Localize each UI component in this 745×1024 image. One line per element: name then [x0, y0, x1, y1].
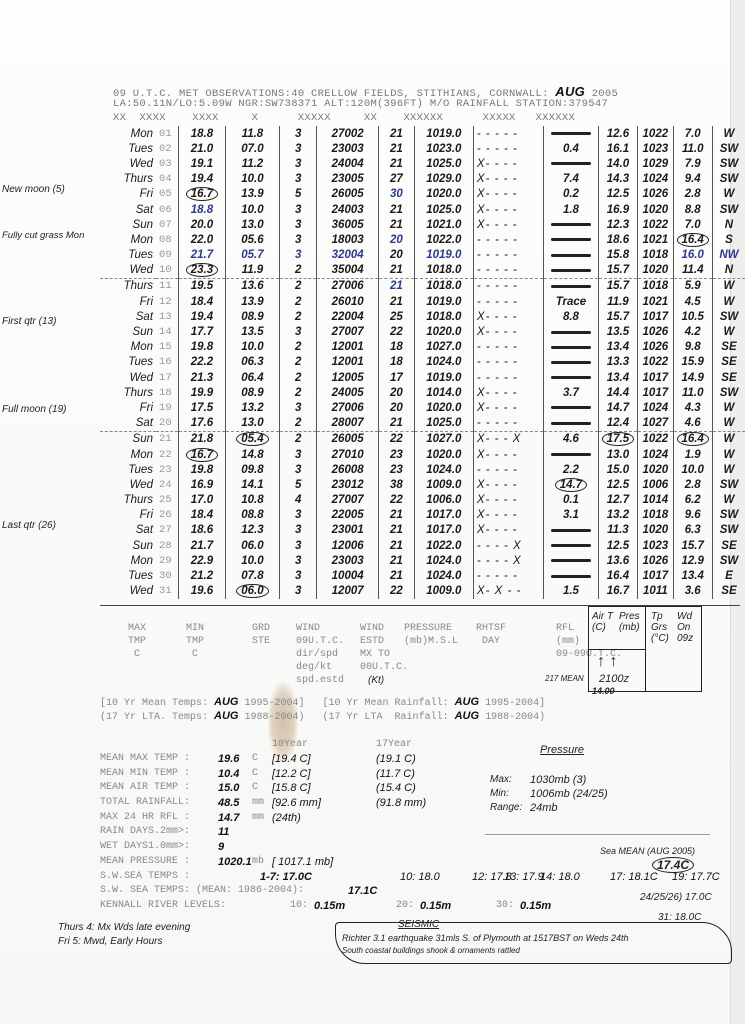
- cell-prs: 1020.0: [414, 400, 473, 415]
- table-row: Mon1519.810.0212001181027.0- - - - -13.4…: [100, 340, 745, 355]
- cell-gr: 3.6: [673, 584, 712, 599]
- cell-air: 16.7: [598, 584, 637, 599]
- cell-air: 12.6: [598, 126, 637, 141]
- seismic-title: SEISMIC: [398, 919, 439, 930]
- cell-pres: 1018: [638, 278, 673, 294]
- header-month: AUG: [555, 84, 585, 99]
- cell-max: 17.5: [179, 400, 226, 415]
- no-rain-bar: [551, 575, 591, 578]
- seismic-note: SEISMIC Richter 3.1 earthquake 31mls S. …: [335, 922, 732, 964]
- cell-est: 21: [379, 202, 415, 217]
- cell-gr: 5.9: [673, 278, 712, 294]
- cell-air: 15.0: [598, 462, 637, 477]
- summary-row: MAX 24 HR RFL :14.7mm(24th): [100, 811, 304, 826]
- legend-pressure: PRESSURE (mb)M.S.L: [404, 622, 458, 648]
- cell-rfl: [544, 447, 599, 462]
- table-row: Fri1917.513.2327006201020.0X- - - -14.71…: [100, 400, 745, 415]
- cell-grd: 3: [280, 553, 317, 568]
- cell-prs: 1023.0: [414, 141, 473, 156]
- sea-reading: 13: 17.9: [504, 870, 544, 885]
- cell-min: 13.6: [225, 278, 279, 294]
- cell-rfl: [544, 568, 599, 583]
- cell-est: 22: [379, 324, 415, 339]
- day-name: Tues: [100, 568, 156, 583]
- day-number: 18: [156, 385, 179, 400]
- cell-gr: 4.3: [673, 400, 712, 415]
- cell-max: 19.4: [179, 309, 226, 324]
- day-number: 27: [156, 523, 179, 538]
- cell-gr: 6.3: [673, 523, 712, 538]
- cell-max: 21.8: [179, 431, 226, 447]
- cell-gr: 15.7: [673, 538, 712, 553]
- day-name: Sat: [100, 309, 156, 324]
- cell-air: 18.6: [598, 232, 637, 247]
- cell-air: 16.4: [598, 568, 637, 583]
- cell-min: 13.9: [225, 187, 279, 202]
- day-number: 02: [156, 141, 179, 156]
- cell-rfl: [544, 340, 599, 355]
- cell-wind: 27007: [317, 493, 379, 508]
- day-name: Thurs: [100, 493, 156, 508]
- day-number: 20: [156, 416, 179, 432]
- cell-est: 21: [379, 126, 415, 141]
- cell-wd: SW: [712, 202, 745, 217]
- lta-temps-10yr: [10 Yr Mean Temps: AUG 1995-2004] [10 Yr…: [100, 696, 545, 709]
- cell-pres: 1020: [638, 202, 673, 217]
- cell-air: 16.9: [598, 202, 637, 217]
- cell-min: 10.8: [225, 493, 279, 508]
- day-number: 23: [156, 462, 179, 477]
- day-number: 05: [156, 187, 179, 202]
- cell-rfl: 0.2: [544, 187, 599, 202]
- day-name: Tues: [100, 141, 156, 156]
- cell-grd: 2: [280, 340, 317, 355]
- cell-min: 10.0: [225, 172, 279, 187]
- cell-min: 13.0: [225, 217, 279, 232]
- cell-air: 17.5: [598, 431, 637, 447]
- cell-min: 06.0: [225, 584, 279, 599]
- cell-gr: 9.4: [673, 172, 712, 187]
- cell-prs: 1022.0: [414, 232, 473, 247]
- day-name: Thurs: [100, 385, 156, 400]
- cell-rfl: 4.6: [544, 431, 599, 447]
- no-rain-bar: [551, 376, 591, 379]
- legend-grd: GRD STE: [252, 622, 270, 648]
- sea-mean-extra-1: 24/25/26) 17.0C: [640, 892, 712, 903]
- river-level: 0.15m: [420, 899, 451, 914]
- cell-est: 21: [379, 553, 415, 568]
- cell-air: 16.1: [598, 141, 637, 156]
- table-row: Sat2017.613.0228007211025.0- - - - -12.4…: [100, 416, 745, 432]
- cell-rh: X- - - -: [473, 477, 543, 492]
- cell-max: 19.1: [179, 156, 226, 171]
- day-number: 13: [156, 309, 179, 324]
- day-number: 17: [156, 370, 179, 385]
- cell-rfl: [544, 523, 599, 538]
- no-rain-bar: [551, 162, 591, 165]
- cell-pres: 1021: [638, 232, 673, 247]
- no-rain-bar: [551, 422, 591, 425]
- cell-min: 05.6: [225, 232, 279, 247]
- cell-min: 11.8: [225, 126, 279, 141]
- cell-est: 18: [379, 340, 415, 355]
- day-name: Sat: [100, 416, 156, 432]
- cell-wind: 27010: [317, 447, 379, 462]
- cell-wd: SW: [712, 172, 745, 187]
- cell-wind: 12007: [317, 584, 379, 599]
- cell-max: 18.8: [179, 126, 226, 141]
- day-number: 03: [156, 156, 179, 171]
- cell-wd: SW: [712, 553, 745, 568]
- cell-grd: 5: [280, 187, 317, 202]
- cell-grd: 2: [280, 431, 317, 447]
- cell-max: 18.4: [179, 508, 226, 523]
- day-name: Thurs: [100, 172, 156, 187]
- cell-wd: SW: [712, 309, 745, 324]
- summary-row: MEAN MIN TEMP :10.4C[12.2 C](11.7 C): [100, 767, 304, 782]
- cell-est: 21: [379, 278, 415, 294]
- cell-pres: 1014: [638, 493, 673, 508]
- day-number: 12: [156, 294, 179, 309]
- cell-pres: 1027: [638, 416, 673, 432]
- cell-rh: - - - - -: [473, 294, 543, 309]
- cell-pres: 1006: [638, 477, 673, 492]
- cell-grd: 3: [280, 462, 317, 477]
- legend-air-temp: Air T (C): [592, 611, 618, 633]
- cell-gr: 4.5: [673, 294, 712, 309]
- cell-pres: 1022: [638, 217, 673, 232]
- cell-min: 14.1: [225, 477, 279, 492]
- cell-wind: 12001: [317, 340, 379, 355]
- day-name: Wed: [100, 477, 156, 492]
- cell-max: 21.3: [179, 370, 226, 385]
- table-row: Wed0319.111.2324004211025.0X- - - -14.01…: [100, 156, 745, 171]
- cell-pres: 1021: [638, 294, 673, 309]
- cell-air: 13.4: [598, 370, 637, 385]
- cell-grd: 2: [280, 355, 317, 370]
- cell-rh: X- - - -: [473, 400, 543, 415]
- cell-prs: 1029.0: [414, 172, 473, 187]
- cell-prs: 1020.0: [414, 447, 473, 462]
- cell-prs: 1022.0: [414, 538, 473, 553]
- cell-max: 17.7: [179, 324, 226, 339]
- cell-min: 07.0: [225, 141, 279, 156]
- cell-min: 08.9: [225, 309, 279, 324]
- cell-rfl: [544, 324, 599, 339]
- cell-wd: W: [712, 400, 745, 415]
- cell-wind: 23005: [317, 172, 379, 187]
- cell-gr: 10.5: [673, 309, 712, 324]
- cell-est: 21: [379, 156, 415, 171]
- cell-grd: 3: [280, 584, 317, 599]
- monthly-summary: 10Year17Year MEAN MAX TEMP :19.6C[19.4 C…: [100, 752, 304, 914]
- cell-rh: X- - - -: [473, 447, 543, 462]
- cell-wd: SW: [712, 156, 745, 171]
- cell-wind: 26005: [317, 187, 379, 202]
- cell-est: 23: [379, 447, 415, 462]
- cell-air: 13.3: [598, 355, 637, 370]
- cell-wd: SE: [712, 538, 745, 553]
- cell-gr: 4.2: [673, 324, 712, 339]
- cell-grd: 4: [280, 493, 317, 508]
- cell-prs: 1024.0: [414, 553, 473, 568]
- cell-max: 16.7: [179, 447, 226, 462]
- cell-min: 12.3: [225, 523, 279, 538]
- table-row: Tues1622.206.3212001181024.0- - - - -13.…: [100, 355, 745, 370]
- note-line-2: Fri 5: Mwd, Early Hours: [58, 936, 162, 947]
- cell-rh: X- - - -: [473, 324, 543, 339]
- cell-est: 21: [379, 217, 415, 232]
- cell-rh: X- - - X: [473, 431, 543, 447]
- legend-wind-dir: Wd On 09z: [677, 611, 699, 644]
- cell-grd: 3: [280, 400, 317, 415]
- cell-min: 06.0: [225, 538, 279, 553]
- cell-pres: 1023: [638, 538, 673, 553]
- cell-grd: 3: [280, 141, 317, 156]
- cell-wd: W: [712, 126, 745, 141]
- cell-wind: 12006: [317, 538, 379, 553]
- cell-pres: 1011: [638, 584, 673, 599]
- legend-mean-value: 14.00: [592, 686, 615, 696]
- cell-rfl: 14.7: [544, 477, 599, 492]
- summary-row: RAIN DAYS.2mm>:11: [100, 825, 304, 840]
- legend-rhtsf: RHTSF DAY: [476, 622, 506, 648]
- cell-air: 13.5: [598, 324, 637, 339]
- cell-est: 20: [379, 232, 415, 247]
- day-name: Sun: [100, 431, 156, 447]
- day-name: Wed: [100, 156, 156, 171]
- day-name: Tues: [100, 355, 156, 370]
- cell-min: 10.0: [225, 340, 279, 355]
- cell-grd: 2: [280, 294, 317, 309]
- cell-min: 10.0: [225, 553, 279, 568]
- legend-wind: WIND 09U.T.C. dir/spd deg/kt spd.estd: [296, 622, 344, 687]
- cell-grd: 3: [280, 202, 317, 217]
- pressure-range: 24mb: [530, 802, 558, 814]
- day-name: Sat: [100, 523, 156, 538]
- cell-pres: 1024: [638, 172, 673, 187]
- cell-grd: 3: [280, 447, 317, 462]
- table-row: Thurs1819.908.9224005201014.0X- - - -3.7…: [100, 385, 745, 400]
- no-rain-bar: [551, 223, 591, 226]
- no-rain-bar: [551, 285, 591, 288]
- cell-wd: NW: [712, 248, 745, 263]
- summary-sea-mean: S.W. SEA TEMPS: (MEAN: 1986-2004):17.1C: [100, 884, 304, 899]
- cell-rh: X- - - -: [473, 156, 543, 171]
- cell-prs: 1025.0: [414, 416, 473, 432]
- cell-min: 13.9: [225, 294, 279, 309]
- table-row: Sun1417.713.5327007221020.0X- - - -13.51…: [100, 324, 745, 339]
- cell-wind: 27006: [317, 400, 379, 415]
- cell-wd: SW: [712, 477, 745, 492]
- no-rain-bar: [551, 559, 591, 562]
- summary-sea-temps: S.W.SEA TEMPS :1-7: 17.0C10: 18.012: 17.…: [100, 870, 304, 885]
- cell-min: 11.9: [225, 263, 279, 279]
- cell-prs: 1014.0: [414, 385, 473, 400]
- day-number: 25: [156, 493, 179, 508]
- day-name: Mon: [100, 553, 156, 568]
- table-row: Sat0618.810.0324003211025.0X- - - -1.816…: [100, 202, 745, 217]
- cell-max: 21.7: [179, 248, 226, 263]
- cell-wd: W: [712, 447, 745, 462]
- cell-grd: 2: [280, 370, 317, 385]
- cell-rh: - - - - -: [473, 340, 543, 355]
- day-name: Sun: [100, 217, 156, 232]
- cell-pres: 1022: [638, 355, 673, 370]
- cell-gr: 14.9: [673, 370, 712, 385]
- day-name: Fri: [100, 294, 156, 309]
- cell-rfl: 7.4: [544, 172, 599, 187]
- cell-pres: 1018: [638, 248, 673, 263]
- cell-gr: 8.8: [673, 202, 712, 217]
- river-level: 0.15m: [314, 899, 345, 914]
- cell-prs: 1019.0: [414, 370, 473, 385]
- summary-10yr-header: 10Year: [272, 738, 308, 753]
- table-row: Thurs1119.513.6227006211018.0- - - - -15…: [100, 278, 745, 294]
- summary-row: WET DAYS1.0mm>:9: [100, 840, 304, 855]
- cell-wd: SW: [712, 508, 745, 523]
- cell-est: 22: [379, 431, 415, 447]
- cell-grd: 2: [280, 309, 317, 324]
- day-number: 08: [156, 232, 179, 247]
- cell-wind: 23012: [317, 477, 379, 492]
- cell-wind: 27007: [317, 324, 379, 339]
- cell-air: 11.9: [598, 294, 637, 309]
- cell-grd: 2: [280, 385, 317, 400]
- day-name: Tues: [100, 462, 156, 477]
- cell-wind: 22004: [317, 309, 379, 324]
- table-row: Sun2121.805.4226005221027.0X- - - X4.617…: [100, 431, 745, 447]
- cell-prs: 1025.0: [414, 156, 473, 171]
- pressure-min: 1006mb (24/25): [530, 788, 608, 800]
- cell-est: 20: [379, 400, 415, 415]
- cell-wind: 22005: [317, 508, 379, 523]
- cell-rfl: [544, 278, 599, 294]
- cell-rfl: [544, 248, 599, 263]
- cell-rh: X- - - -: [473, 523, 543, 538]
- cell-wind: 27006: [317, 278, 379, 294]
- cell-grd: 2: [280, 263, 317, 279]
- observations-table: Mon0118.811.8327002211019.0- - - - -12.6…: [100, 126, 745, 599]
- day-name: Fri: [100, 508, 156, 523]
- cell-rfl: [544, 156, 599, 171]
- cell-max: 19.4: [179, 172, 226, 187]
- annotation-full-moon: Full moon (19): [2, 404, 66, 415]
- cell-air: 14.7: [598, 400, 637, 415]
- header-line-3: XX XXXX XXXX X XXXXX XX XXXXXX XXXXX XXX…: [113, 112, 575, 124]
- cell-prs: 1019.0: [414, 248, 473, 263]
- cell-max: 17.0: [179, 493, 226, 508]
- cell-rfl: [544, 400, 599, 415]
- cell-min: 13.2: [225, 400, 279, 415]
- cell-rh: - - - - -: [473, 370, 543, 385]
- cell-grd: 3: [280, 232, 317, 247]
- cell-rfl: [544, 553, 599, 568]
- cell-est: 30: [379, 187, 415, 202]
- day-name: Mon: [100, 340, 156, 355]
- cell-rfl: 3.7: [544, 385, 599, 400]
- cell-rh: - - - - X: [473, 553, 543, 568]
- cell-min: 10.0: [225, 202, 279, 217]
- cell-max: 19.8: [179, 462, 226, 477]
- cell-est: 20: [379, 385, 415, 400]
- legend-grass-temp: Tp Grs (°C): [651, 611, 675, 644]
- cell-gr: 2.8: [673, 477, 712, 492]
- cell-pres: 1022: [638, 431, 673, 447]
- pressure-title: Pressure: [540, 744, 584, 756]
- cell-max: 18.4: [179, 294, 226, 309]
- cell-prs: 1027.0: [414, 340, 473, 355]
- cell-rh: X- X - -: [473, 584, 543, 599]
- cell-air: 13.6: [598, 553, 637, 568]
- cell-rh: - - - - -: [473, 126, 543, 141]
- cell-prs: 1020.0: [414, 187, 473, 202]
- cell-pres: 1023: [638, 141, 673, 156]
- legend-min: MIN TMP C: [186, 622, 204, 661]
- cell-air: 14.3: [598, 172, 637, 187]
- cell-gr: 7.9: [673, 156, 712, 171]
- cell-rh: - - - - X: [473, 538, 543, 553]
- cell-rh: X- - - -: [473, 385, 543, 400]
- cell-gr: 16.4: [673, 431, 712, 447]
- cell-prs: 1009.0: [414, 477, 473, 492]
- cell-pres: 1022: [638, 126, 673, 141]
- cell-est: 21: [379, 538, 415, 553]
- cell-rh: X- - - -: [473, 493, 543, 508]
- cell-min: 13.0: [225, 416, 279, 432]
- cell-grd: 5: [280, 477, 317, 492]
- cell-max: 23.3: [179, 263, 226, 279]
- legend-time: 2100z: [599, 673, 629, 685]
- cell-max: 16.7: [179, 187, 226, 202]
- day-name: Wed: [100, 263, 156, 279]
- cell-est: 27: [379, 172, 415, 187]
- cell-wd: W: [712, 493, 745, 508]
- cell-min: 08.8: [225, 508, 279, 523]
- cell-min: 13.5: [225, 324, 279, 339]
- cell-air: 15.7: [598, 309, 637, 324]
- table-row: Fri1218.413.9226010211019.0- - - - -Trac…: [100, 294, 745, 309]
- cell-min: 14.8: [225, 447, 279, 462]
- cell-wd: W: [712, 431, 745, 447]
- cell-rfl: 0.4: [544, 141, 599, 156]
- cell-max: 22.9: [179, 553, 226, 568]
- cell-prs: 1024.0: [414, 355, 473, 370]
- cell-grd: 3: [280, 523, 317, 538]
- cell-rh: - - - - -: [473, 263, 543, 279]
- cell-wd: N: [712, 217, 745, 232]
- cell-air: 12.7: [598, 493, 637, 508]
- no-rain-bar: [551, 238, 591, 241]
- cell-wind: 23001: [317, 523, 379, 538]
- cell-wd: W: [712, 187, 745, 202]
- cell-grd: 3: [280, 156, 317, 171]
- cell-pres: 1017: [638, 309, 673, 324]
- legend-wind-est: WIND ESTD MX TO 00U.T.C.: [360, 622, 408, 674]
- cell-wd: SE: [712, 355, 745, 370]
- cell-gr: 13.4: [673, 568, 712, 583]
- table-row: Tues2319.809.8326008231024.0- - - - -2.2…: [100, 462, 745, 477]
- table-row: Wed2416.914.1523012381009.0X- - - -14.71…: [100, 477, 745, 492]
- day-number: 09: [156, 248, 179, 263]
- cell-rh: X- - - -: [473, 508, 543, 523]
- cell-rh: - - - - -: [473, 462, 543, 477]
- cell-prs: 1009.0: [414, 584, 473, 599]
- sea-mean-value: 17.4C: [652, 858, 694, 872]
- day-name: Mon: [100, 447, 156, 462]
- cell-max: 21.7: [179, 538, 226, 553]
- cell-max: 18.8: [179, 202, 226, 217]
